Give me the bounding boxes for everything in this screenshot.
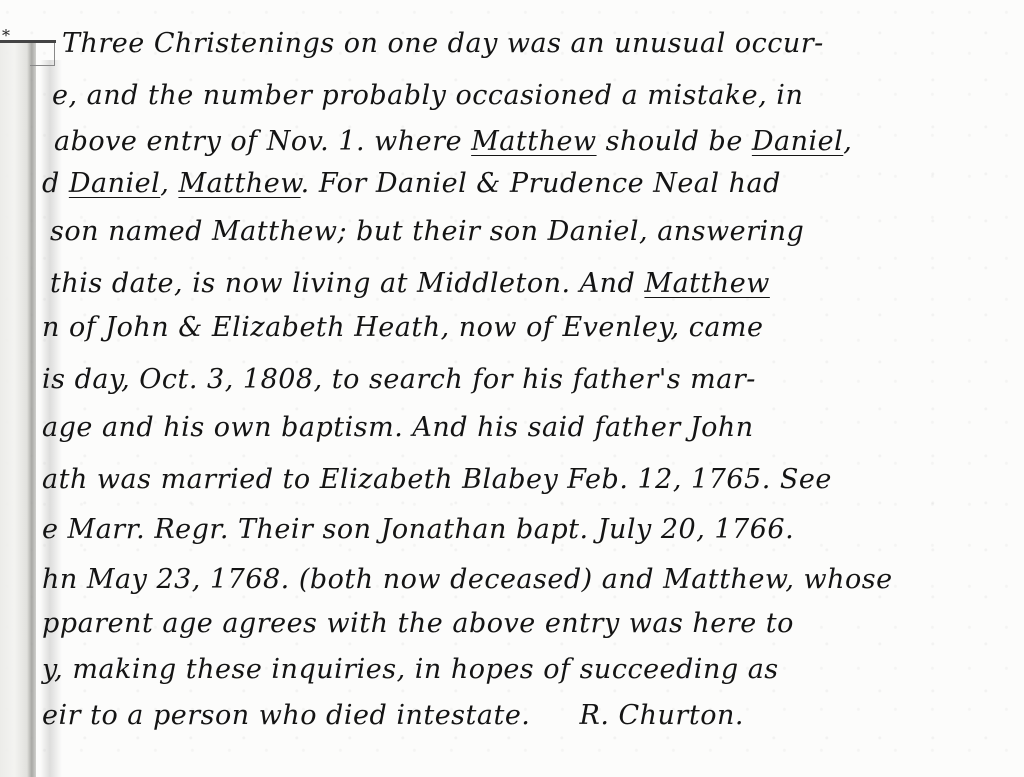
- underlined-name: Daniel: [752, 126, 843, 157]
- line-text: n of John & Elizabeth Heath, now of Even…: [42, 312, 764, 343]
- margin-asterisk-marker: *: [2, 26, 10, 45]
- text-line-13: pparent age agrees with the above entry …: [42, 608, 794, 639]
- text-line-10: ath was married to Elizabeth Blabey Feb.…: [42, 464, 832, 495]
- line-text: ,: [843, 126, 852, 157]
- underlined-name: Matthew: [644, 268, 769, 299]
- line-text: age and his own baptism. And his said fa…: [42, 412, 754, 443]
- line-text: is day, Oct. 3, 1808, to search for his …: [42, 364, 756, 395]
- page-binding-edge: [0, 40, 36, 777]
- line-text: e, and the number probably occasioned a …: [52, 80, 803, 111]
- line-text: hn May 23, 1768. (both now deceased) and…: [42, 564, 893, 595]
- document-scan: * Three Christenings on one day was an u…: [0, 0, 1024, 777]
- line-text: y, making these inquiries, in hopes of s…: [42, 654, 779, 685]
- binding-notch: [30, 43, 55, 66]
- line-text: . For Daniel & Prudence Neal had: [301, 168, 781, 199]
- text-line-8: is day, Oct. 3, 1808, to search for his …: [42, 364, 756, 395]
- line-text: eir to a person who died intestate.: [42, 700, 530, 731]
- line-text: ath was married to Elizabeth Blabey Feb.…: [42, 464, 832, 495]
- line-text: d: [42, 168, 69, 199]
- text-line-14: y, making these inquiries, in hopes of s…: [42, 654, 779, 685]
- text-line-3: above entry of Nov. 1. where Matthew sho…: [54, 126, 852, 157]
- text-line-6: this date, is now living at Middleton. A…: [50, 268, 770, 299]
- text-line-11: e Marr. Regr. Their son Jonathan bapt. J…: [42, 514, 794, 545]
- line-text: pparent age agrees with the above entry …: [42, 608, 794, 639]
- text-line-2: e, and the number probably occasioned a …: [52, 80, 803, 111]
- underlined-name: Daniel: [69, 168, 160, 199]
- line-text: Three Christenings on one day was an unu…: [62, 28, 824, 59]
- line-text: should be: [597, 126, 752, 157]
- line-text: this date, is now living at Middleton. A…: [50, 268, 644, 299]
- text-line-5: son named Matthew; but their son Daniel,…: [50, 216, 804, 247]
- text-line-9: age and his own baptism. And his said fa…: [42, 412, 754, 443]
- underlined-name: Matthew: [471, 126, 596, 157]
- text-line-15: eir to a person who died intestate. R. C…: [42, 700, 744, 731]
- signature: R. Churton.: [580, 700, 744, 731]
- text-line-7: n of John & Elizabeth Heath, now of Even…: [42, 312, 764, 343]
- text-line-1: Three Christenings on one day was an unu…: [62, 28, 824, 59]
- line-text: e Marr. Regr. Their son Jonathan bapt. J…: [42, 514, 794, 545]
- line-text: ,: [160, 168, 178, 199]
- line-text: son named Matthew; but their son Daniel,…: [50, 216, 804, 247]
- underlined-name: Matthew: [178, 168, 300, 199]
- text-line-4: d Daniel, Matthew. For Daniel & Prudence…: [42, 168, 781, 199]
- text-line-12: hn May 23, 1768. (both now deceased) and…: [42, 564, 893, 595]
- line-text: above entry of Nov. 1. where: [54, 126, 471, 157]
